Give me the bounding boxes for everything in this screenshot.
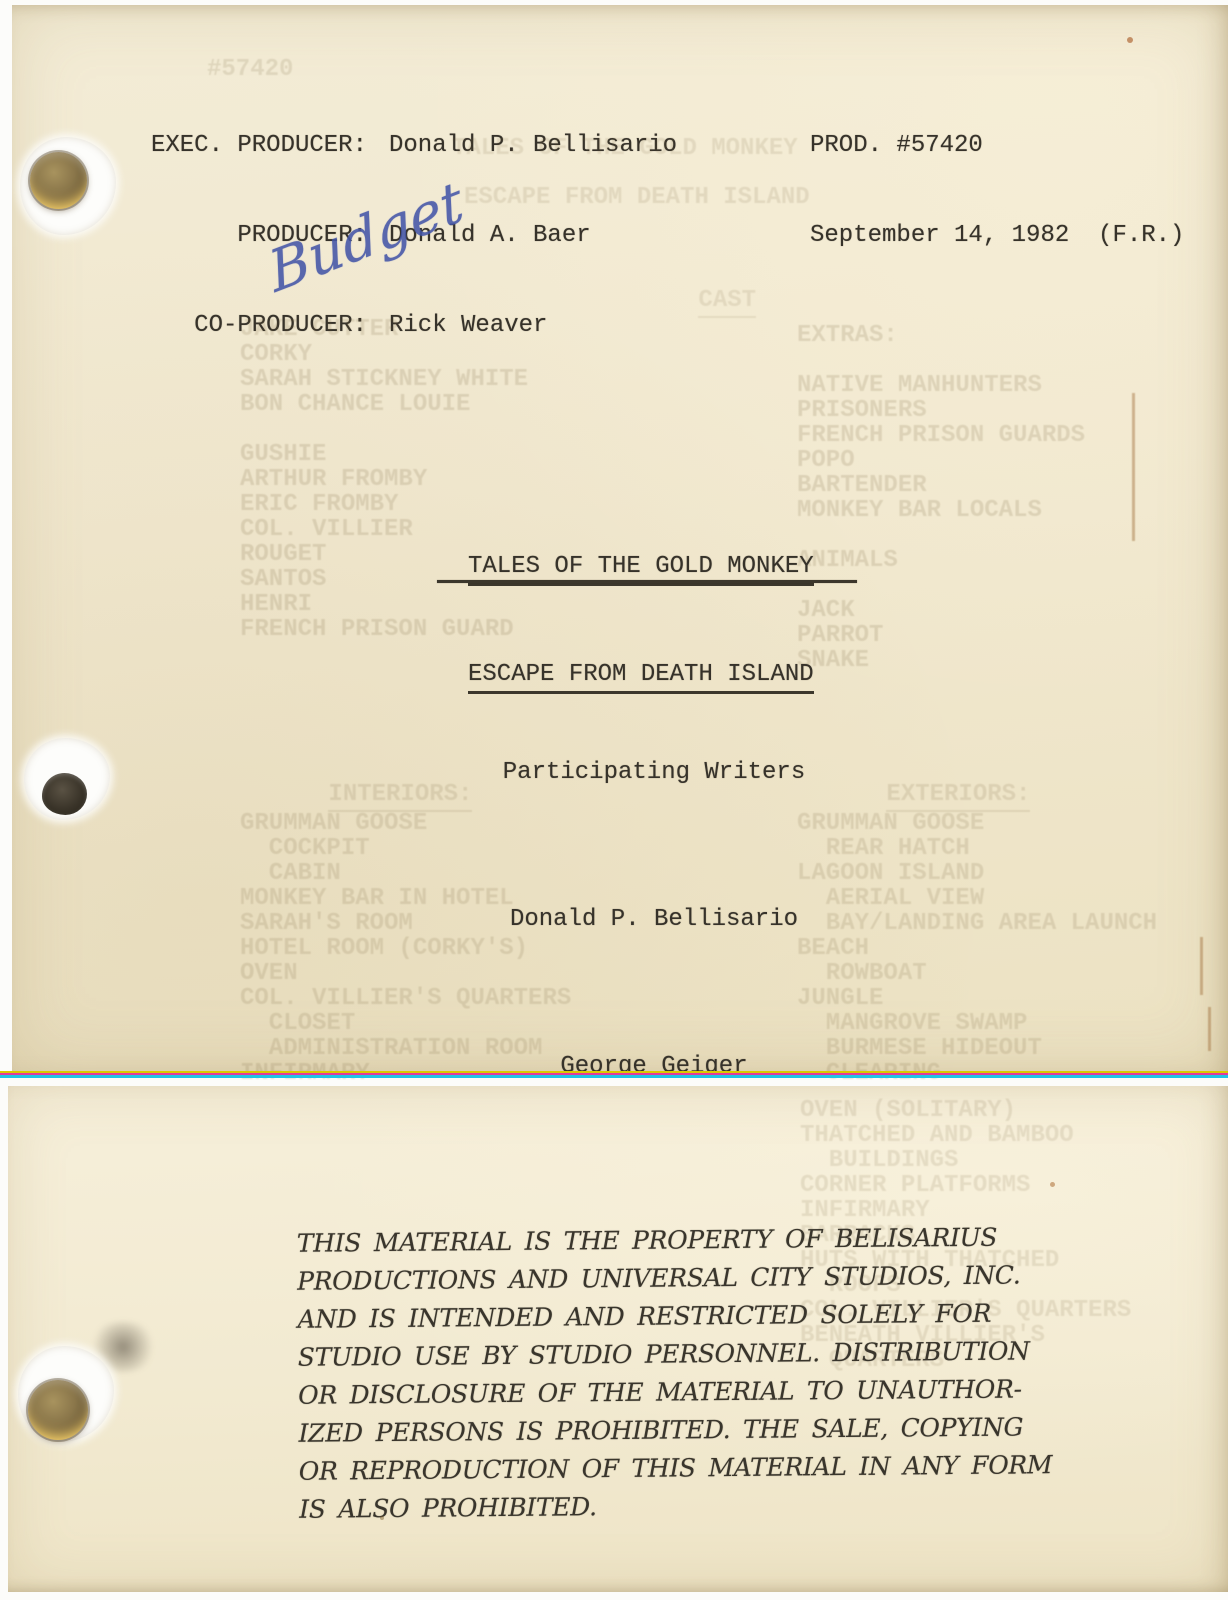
scanned-script-cover: #57420 EXEC. PRODUCER: Donald P. Bellisa… (0, 0, 1228, 1600)
ghost-cast-name: BARTENDER (797, 473, 1085, 498)
ghost-series-title: TALES OF THE GOLD MONKEY (452, 136, 798, 161)
script-date: September 14, 1982 (F.R.) (810, 221, 1184, 251)
ghost-set-name: BUILDINGS (800, 1148, 1131, 1173)
legal-notice-line: STUDIO USE BY STUDIO PERSONNEL. DISTRIBU… (298, 1333, 938, 1377)
ghost-cast-name (797, 348, 1085, 373)
title-underline-rule (437, 580, 857, 583)
ghost-cast-name: MONKEY BAR LOCALS (797, 498, 1085, 523)
ghost-set-name: OVEN (SOLITARY) (800, 1098, 1131, 1123)
paper-speck (380, 1516, 384, 1520)
ghost-cast-name: BON CHANCE LOUIE (240, 392, 528, 417)
scan-artifact-line (0, 1071, 1228, 1078)
ghost-cast-name: ARTHUR FROMBY (240, 467, 528, 492)
ghost-set-name: MONKEY BAR IN HOTEL (240, 886, 571, 911)
ghost-cast-heading: CAST (612, 263, 756, 338)
ghost-set-name: MANGROVE SWAMP (797, 1011, 1157, 1036)
legal-notice-line: OR DISCLOSURE OF THE MATERIAL TO UNAUTHO… (298, 1371, 938, 1415)
ghost-cast-name: JAKE CUTTER (240, 317, 528, 342)
paper-scratch (1208, 1007, 1211, 1051)
ghost-set-name: HOTEL ROOM (CORKY'S) (240, 936, 571, 961)
ghost-cast-name (240, 417, 528, 442)
ghost-exteriors-list: GRUMMAN GOOSE REAR HATCHLAGOON ISLAND AE… (797, 811, 1157, 1086)
ghost-set-name: CLOSET (240, 1011, 571, 1036)
brass-brad-fastener (30, 152, 87, 209)
legal-notice-line: PRODUCTIONS AND UNIVERSAL CITY STUDIOS, … (297, 1257, 937, 1301)
punched-hole (42, 773, 87, 815)
production-number: PROD. #57420 (810, 131, 1184, 161)
ghost-cast-name: FRENCH PRISON GUARDS (797, 423, 1085, 448)
brass-brad-fastener (28, 1380, 88, 1440)
production-header: PROD. #57420 September 14, 1982 (F.R.) (810, 71, 1184, 311)
legal-notice-line: IS ALSO PROHIBITED. (299, 1485, 939, 1529)
ghost-set-name: BURMESE HIDEOUT (797, 1036, 1157, 1061)
ghost-cast-name: JACK (797, 598, 1085, 623)
ghost-cast-name (797, 523, 1085, 548)
legal-notice-line: AND IS INTENDED AND RESTRICTED SOLELY FO… (297, 1295, 937, 1339)
ghost-cast-name: GUSHIE (240, 442, 528, 467)
ghost-cast-name: ANIMALS (797, 548, 1085, 573)
ghost-set-name: REAR HATCH (797, 836, 1157, 861)
ghost-set-name: OVEN (240, 961, 571, 986)
legal-notice-line: OR REPRODUCTION OF THIS MATERIAL IN ANY … (299, 1447, 939, 1491)
ghost-episode-title: ESCAPE FROM DEATH ISLAND (464, 185, 810, 210)
ghost-set-name: ADMINISTRATION ROOM (240, 1036, 571, 1061)
ghost-cast-name: NATIVE MANHUNTERS (797, 373, 1085, 398)
writers-heading: Participating Writers (454, 748, 854, 797)
ghost-interiors-list: GRUMMAN GOOSE COCKPIT CABINMONKEY BAR IN… (240, 811, 571, 1086)
ghost-set-name: THATCHED AND BAMBOO (800, 1123, 1131, 1148)
ghost-set-name: AERIAL VIEW (797, 886, 1157, 911)
ghost-cast-name: EXTRAS: (797, 323, 1085, 348)
ghost-cast-name: PRISONERS (797, 398, 1085, 423)
cover-page: #57420 EXEC. PRODUCER: Donald P. Bellisa… (12, 5, 1228, 1071)
credit-label: EXEC. PRODUCER: (145, 131, 367, 161)
ghost-set-name: GRUMMAN GOOSE (797, 811, 1157, 836)
ghost-cast-name: POPO (797, 448, 1085, 473)
paper-scratch (1200, 937, 1203, 995)
notice-page: OVEN (SOLITARY)THATCHED AND BAMBOO BUILD… (8, 1086, 1228, 1592)
ghost-set-name: SARAH'S ROOM (240, 911, 571, 936)
paper-speck (1050, 1182, 1055, 1187)
ghost-set-name: CABIN (240, 861, 571, 886)
legal-notice-line: THIS MATERIAL IS THE PROPERTY OF BELISAR… (297, 1219, 937, 1263)
ghost-cast-name: CORKY (240, 342, 528, 367)
ghost-cast-list-right: EXTRAS: NATIVE MANHUNTERSPRISONERSFRENCH… (797, 323, 1085, 673)
ghost-set-name: ROWBOAT (797, 961, 1157, 986)
ghost-set-name: JUNGLE (797, 986, 1157, 1011)
ghost-set-name: COCKPIT (240, 836, 571, 861)
paper-speck (1127, 37, 1133, 43)
ghost-cast-name: PARROT (797, 623, 1085, 648)
legal-notice-line: IZED PERSONS IS PROHIBITED. THE SALE, CO… (298, 1409, 938, 1453)
ghost-set-name: GRUMMAN GOOSE (240, 811, 571, 836)
legal-notice: THIS MATERIAL IS THE PROPERTY OF BELISAR… (297, 1219, 940, 1529)
ghost-cast-name: SARAH STICKNEY WHITE (240, 367, 528, 392)
ghost-set-name: BAY/LANDING AREA LAUNCH (797, 911, 1157, 936)
ghost-set-name: LAGOON ISLAND (797, 861, 1157, 886)
ghost-cast-name (797, 573, 1085, 598)
ghost-set-name: COL. VILLIER'S QUARTERS (240, 986, 571, 1011)
paper-scratch (1132, 393, 1135, 541)
ghost-set-name: CORNER PLATFORMS (800, 1173, 1131, 1198)
ghost-set-name: BEACH (797, 936, 1157, 961)
